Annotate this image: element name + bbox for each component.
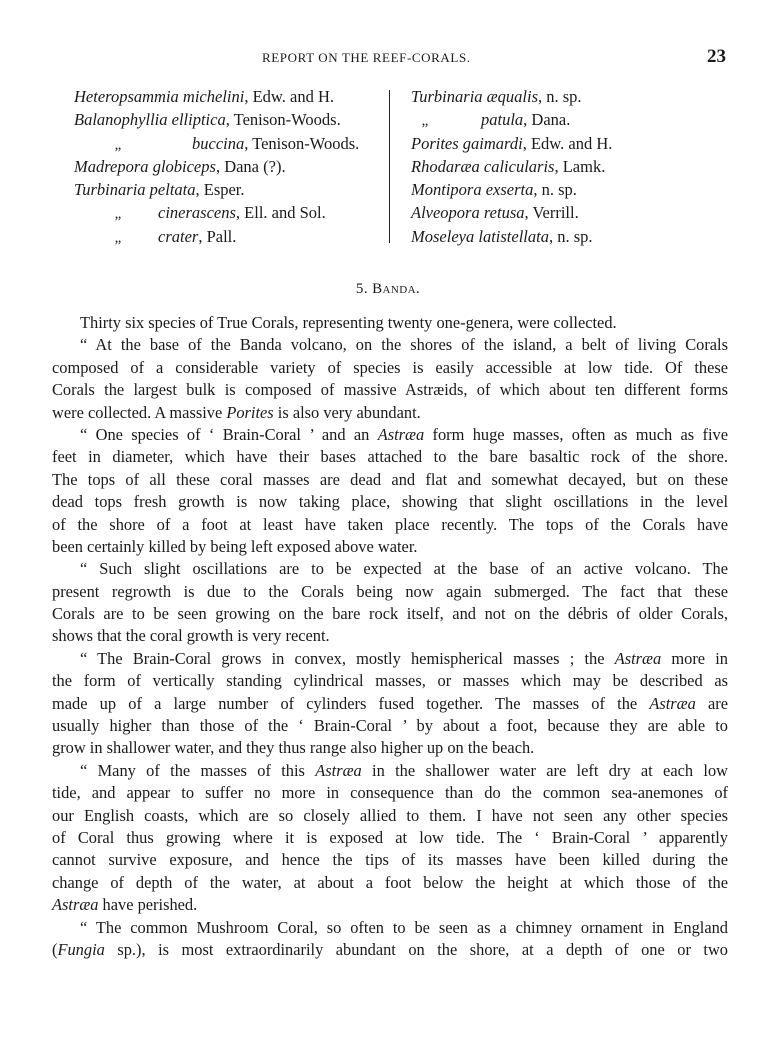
species-name: buccina xyxy=(192,134,244,153)
italic-term: Porites xyxy=(226,403,273,422)
species-authority: , Tenison-Woods. xyxy=(244,134,359,153)
species-list: Heteropsammia michelini, Edw. and H.Bala… xyxy=(0,85,776,247)
text-run: “ The Brain-Coral grows in convex, mostl… xyxy=(80,649,615,668)
text-run: sp.), is most extraordinarily abundant o… xyxy=(105,940,728,959)
text-line: usually higher than those of the ‘ Brain… xyxy=(52,715,728,737)
text-run: shows that the coral growth is very rece… xyxy=(52,626,330,645)
ditto-mark: „ xyxy=(104,203,132,226)
text-run: tide, and appear to suffer no more in co… xyxy=(52,783,728,802)
text-line: Astræa have perished. xyxy=(52,894,728,916)
species-name: globiceps xyxy=(153,157,216,176)
text-run: feet in diameter, which have their bases… xyxy=(52,447,728,466)
species-name: æqualis xyxy=(487,87,538,106)
text-line: (Fungia sp.), is most extraordinarily ab… xyxy=(52,939,728,961)
column-divider xyxy=(389,90,390,243)
text-run: were collected. A massive xyxy=(52,403,226,422)
species-authority: , n. sp. xyxy=(538,87,582,106)
species-entry: Moseleya latistellata, n. sp. xyxy=(411,225,751,248)
genus-name: Montipora xyxy=(411,180,482,199)
text-line: tide, and appear to suffer no more in co… xyxy=(52,782,728,804)
italic-term: Astræa xyxy=(378,425,424,444)
text-run: The tops of all these coral masses are d… xyxy=(52,470,728,489)
text-line: composed of a considerable variety of sp… xyxy=(52,357,728,379)
species-name: retusa xyxy=(484,203,525,222)
text-run: usually higher than those of the ‘ Brain… xyxy=(52,716,728,735)
text-line: Corals the largest bulk is composed of m… xyxy=(52,379,728,401)
species-name: elliptica xyxy=(172,110,226,129)
species-authority: , Verrill. xyxy=(525,203,579,222)
species-entry: Porites gaimardi, Edw. and H. xyxy=(411,132,751,155)
body-text: Thirty six species of True Corals, repre… xyxy=(52,312,728,961)
text-line: grow in shallower water, and they thus r… xyxy=(52,737,728,759)
text-run: are xyxy=(696,694,728,713)
species-entry: Heteropsammia michelini, Edw. and H. xyxy=(74,85,384,108)
species-column-right: Turbinaria æqualis, n. sp.„patula, Dana.… xyxy=(411,85,751,248)
text-run: of Coral thus growing where it is expose… xyxy=(52,828,728,847)
species-entry: Balanophyllia elliptica, Tenison-Woods. xyxy=(74,108,384,131)
text-line: made up of a large number of cylinders f… xyxy=(52,693,728,715)
text-run: composed of a considerable variety of sp… xyxy=(52,358,728,377)
species-authority: , Pall. xyxy=(198,227,236,246)
text-line: “ Many of the masses of this Astræa in t… xyxy=(52,760,728,782)
text-run: change of depth of the water, at about a… xyxy=(52,873,728,892)
genus-name: Porites xyxy=(411,134,459,153)
species-entry: Madrepora globiceps, Dana (?). xyxy=(74,155,384,178)
species-authority: , n. sp. xyxy=(533,180,577,199)
text-run: made up of a large number of cylinders f… xyxy=(52,694,649,713)
section-title: Banda. xyxy=(372,281,420,297)
text-run: Thirty six species of True Corals, repre… xyxy=(80,313,617,332)
text-run: been certainly killed by being left expo… xyxy=(52,537,417,556)
species-authority: , Ell. and Sol. xyxy=(236,203,326,222)
species-authority: , Esper. xyxy=(195,180,244,199)
ditto-mark: „ xyxy=(104,134,132,157)
species-name: cinerascens xyxy=(158,203,236,222)
species-name: latistellata xyxy=(478,227,549,246)
species-authority: , Dana (?). xyxy=(216,157,286,176)
text-run: dead tops fresh growth is now taking pla… xyxy=(52,492,728,511)
text-run: grow in shallower water, and they thus r… xyxy=(52,738,534,757)
species-name: peltata xyxy=(150,180,196,199)
text-run: “ One species of ‘ Brain-Coral ’ and an xyxy=(80,425,378,444)
ditto-mark: „ xyxy=(411,110,439,133)
genus-name: Turbinaria xyxy=(74,180,146,199)
text-line: shows that the coral growth is very rece… xyxy=(52,625,728,647)
species-authority: , Lamk. xyxy=(554,157,605,176)
species-authority: , Dana. xyxy=(523,110,570,129)
text-line: been certainly killed by being left expo… xyxy=(52,536,728,558)
text-line: of Coral thus growing where it is expose… xyxy=(52,827,728,849)
section-heading: 5. Banda. xyxy=(0,281,776,298)
species-name: michelini xyxy=(183,87,244,106)
ditto-mark: „ xyxy=(104,227,132,250)
text-line: the form of vertically standing cylindri… xyxy=(52,670,728,692)
text-line: cannot survive exposure, and hence the t… xyxy=(52,849,728,871)
species-authority: , Edw. and H. xyxy=(244,87,334,106)
genus-name: Madrepora xyxy=(74,157,149,176)
text-run: in the shallower water are left dry at e… xyxy=(362,761,728,780)
species-name: patula xyxy=(481,110,523,129)
genus-name: Rhodaræa xyxy=(411,157,480,176)
species-name: gaimardi xyxy=(463,134,523,153)
italic-term: Fungia xyxy=(57,940,104,959)
genus-name: Turbinaria xyxy=(411,87,483,106)
species-entry: Rhodaræa calicularis, Lamk. xyxy=(411,155,751,178)
text-run: cannot survive exposure, and hence the t… xyxy=(52,850,728,869)
text-run: have perished. xyxy=(98,895,197,914)
species-entry: Turbinaria peltata, Esper. xyxy=(74,178,384,201)
italic-term: Astræa xyxy=(649,694,695,713)
species-column-left: Heteropsammia michelini, Edw. and H.Bala… xyxy=(74,85,384,248)
species-entry: „buccina, Tenison-Woods. xyxy=(74,132,384,155)
genus-name: Heteropsammia xyxy=(74,87,179,106)
species-name: calicularis xyxy=(484,157,555,176)
text-run: the form of vertically standing cylindri… xyxy=(52,671,728,690)
species-entry: „cinerascens, Ell. and Sol. xyxy=(74,201,384,224)
genus-name: Balanophyllia xyxy=(74,110,168,129)
text-line: The tops of all these coral masses are d… xyxy=(52,469,728,491)
genus-name: Alveopora xyxy=(411,203,480,222)
text-line: of the shore of a foot at least have tak… xyxy=(52,514,728,536)
text-line: change of depth of the water, at about a… xyxy=(52,872,728,894)
text-line: were collected. A massive Porites is als… xyxy=(52,402,728,424)
text-run: “ Many of the masses of this xyxy=(80,761,315,780)
genus-name: Moseleya xyxy=(411,227,474,246)
text-line: “ The common Mushroom Coral, so often to… xyxy=(52,917,728,939)
text-run: form huge masses, often as much as five xyxy=(424,425,728,444)
species-authority: , Edw. and H. xyxy=(523,134,613,153)
text-line: feet in diameter, which have their bases… xyxy=(52,446,728,468)
text-run: “ At the base of the Banda volcano, on t… xyxy=(80,335,728,354)
species-authority: , n. sp. xyxy=(549,227,593,246)
italic-term: Astræa xyxy=(52,895,98,914)
species-entry: Alveopora retusa, Verrill. xyxy=(411,201,751,224)
text-line: “ At the base of the Banda volcano, on t… xyxy=(52,334,728,356)
species-entry: Turbinaria æqualis, n. sp. xyxy=(411,85,751,108)
section-number: 5. xyxy=(356,281,368,297)
text-run: Corals the largest bulk is composed of m… xyxy=(52,380,728,399)
species-name: crater xyxy=(158,227,198,246)
text-run: Corals are to be seen growing on the bar… xyxy=(52,604,728,623)
text-line: “ Such slight oscillations are to be exp… xyxy=(52,558,728,580)
text-line: Thirty six species of True Corals, repre… xyxy=(52,312,728,334)
species-entry: „patula, Dana. xyxy=(411,108,751,131)
italic-term: Astræa xyxy=(615,649,661,668)
text-line: dead tops fresh growth is now taking pla… xyxy=(52,491,728,513)
text-run: present regrowth is due to the Corals be… xyxy=(52,582,728,601)
running-head: REPORT ON THE REEF-CORALS. xyxy=(262,50,471,66)
species-entry: Montipora exserta, n. sp. xyxy=(411,178,751,201)
text-line: Corals are to be seen growing on the bar… xyxy=(52,603,728,625)
page-header: REPORT ON THE REEF-CORALS. 23 xyxy=(0,44,776,68)
species-entry: „crater, Pall. xyxy=(74,225,384,248)
text-run: “ The common Mushroom Coral, so often to… xyxy=(80,918,728,937)
italic-term: Astræa xyxy=(315,761,361,780)
text-run: of the shore of a foot at least have tak… xyxy=(52,515,728,534)
text-line: our English coasts, which are so closely… xyxy=(52,805,728,827)
text-run: our English coasts, which are so closely… xyxy=(52,806,728,825)
text-line: “ The Brain-Coral grows in convex, mostl… xyxy=(52,648,728,670)
species-authority: , Tenison-Woods. xyxy=(226,110,341,129)
text-run: “ Such slight oscillations are to be exp… xyxy=(80,559,728,578)
species-name: exserta xyxy=(486,180,534,199)
text-run: is also very abundant. xyxy=(274,403,421,422)
text-line: “ One species of ‘ Brain-Coral ’ and an … xyxy=(52,424,728,446)
text-line: present regrowth is due to the Corals be… xyxy=(52,581,728,603)
page-number: 23 xyxy=(707,46,726,68)
text-run: more in xyxy=(661,649,728,668)
